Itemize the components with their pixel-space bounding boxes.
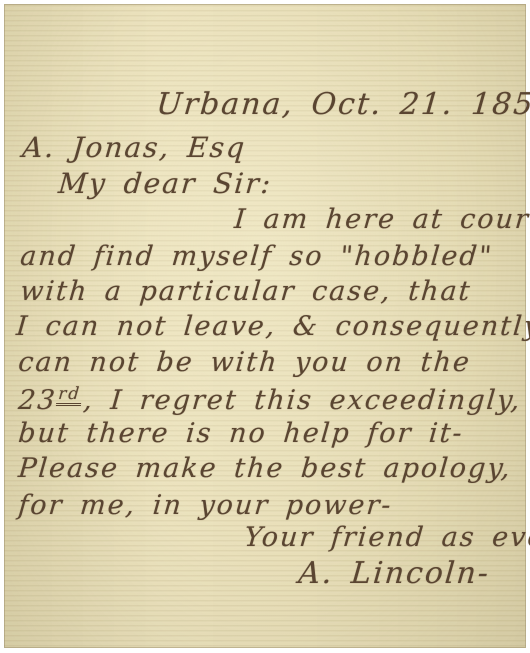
dateline: Urbana, Oct. 21. 1856 <box>155 87 530 122</box>
body-line-6-rest: , I regret this exceedingly, <box>82 385 523 416</box>
closing-line: Your friend as ever <box>243 522 530 553</box>
body-line-2: and find myself so "hobbled" <box>19 241 494 272</box>
body-line-8: Please make the best apology, <box>17 453 513 484</box>
letter-paper: Urbana, Oct. 21. 1856 A. Jonas, Esq My d… <box>4 4 526 648</box>
signature-line: A. Lincoln- <box>297 556 492 591</box>
body-line-7: but there is no help for it- <box>17 418 465 449</box>
recipient-line: A. Jonas, Esq <box>21 131 248 164</box>
letter-scan: Urbana, Oct. 21. 1856 A. Jonas, Esq My d… <box>0 0 530 653</box>
body-line-3: with a particular case, that <box>19 276 473 307</box>
body-line-9: for me, in your power- <box>17 490 394 521</box>
date-number: 23 <box>17 385 58 416</box>
body-line-1: I am here at court, <box>233 204 530 235</box>
ordinal-superscript: rd <box>56 383 83 406</box>
body-line-4: I can not leave, & consequently, <box>15 311 530 342</box>
body-line-5: can not be with you on the <box>17 347 472 378</box>
salutation-line: My dear Sir: <box>57 167 274 200</box>
body-line-6: 23rd, I regret this exceedingly, <box>17 383 523 416</box>
